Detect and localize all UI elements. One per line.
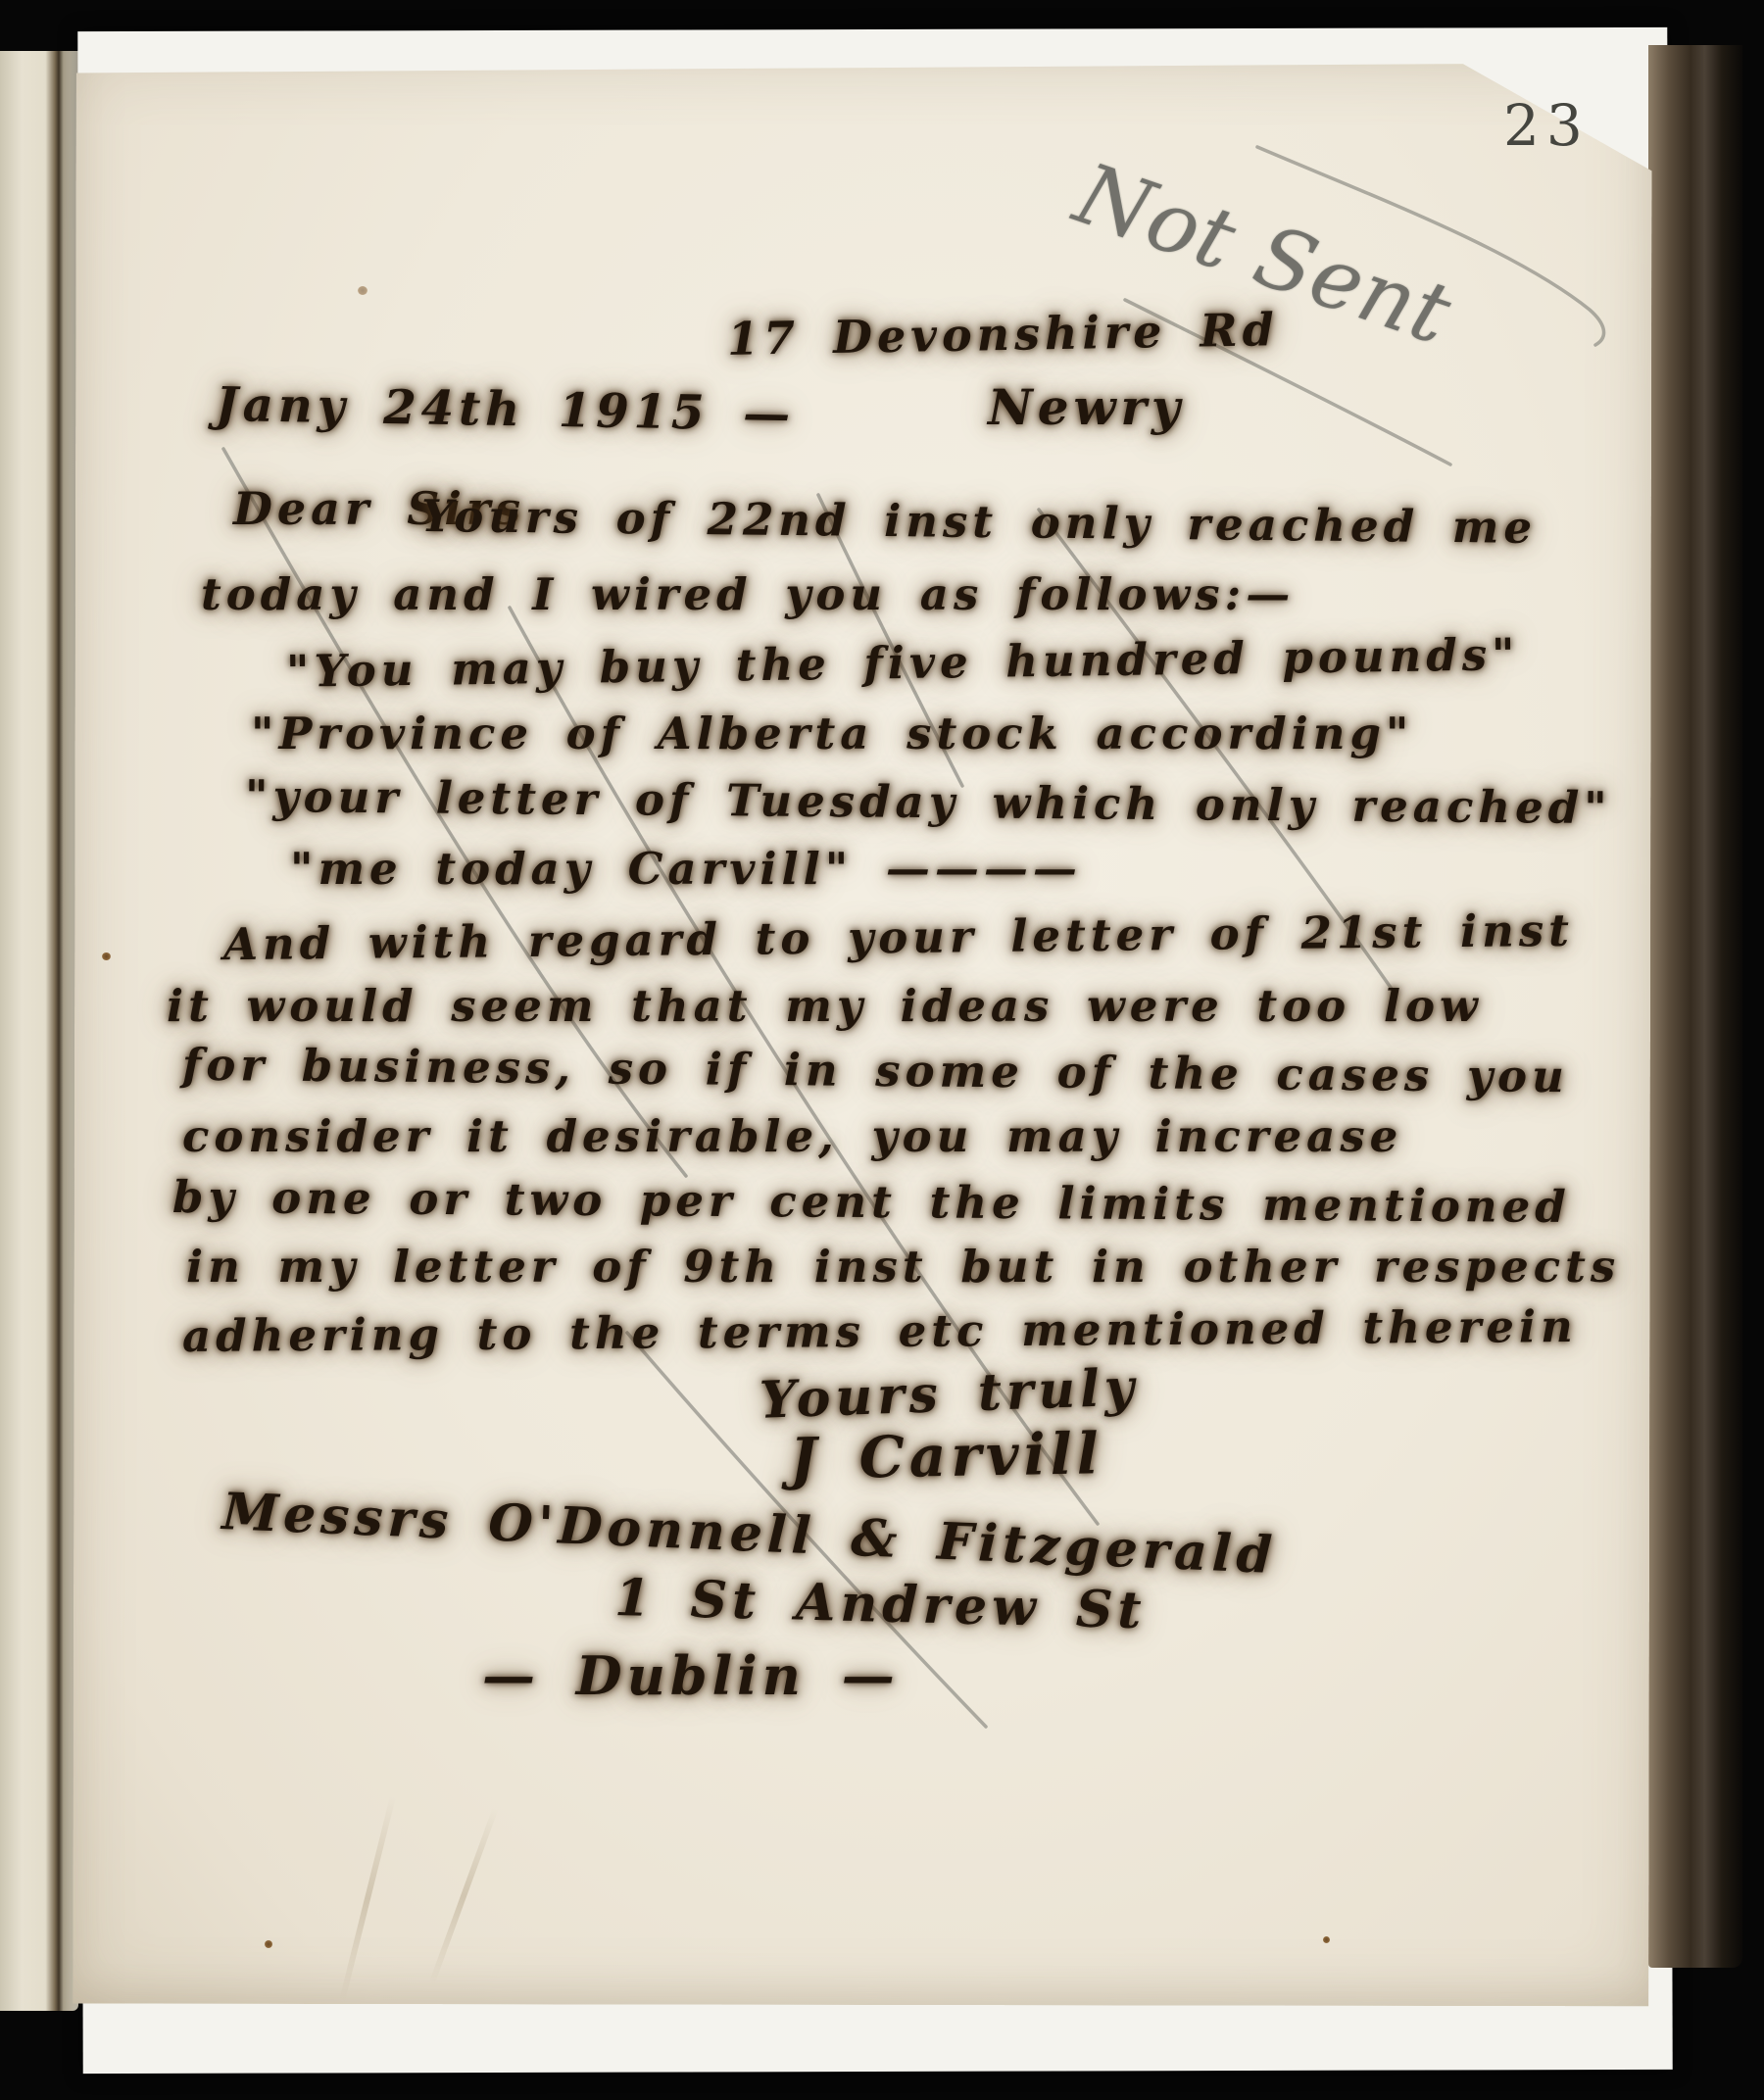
book-spine-page-edges: [0, 51, 78, 2011]
body-line-quoted-telegram: "me today Carvill" ————: [290, 843, 1082, 895]
paper-speck: [1323, 1936, 1330, 1943]
paper-speck: [102, 952, 111, 960]
body-line: in my letter of 9th inst but in other re…: [186, 1241, 1620, 1293]
body-line: it would seem that my ideas were too low: [167, 980, 1483, 1032]
paper-speck: [265, 1940, 272, 1948]
body-line: consider it desirable, you may increase: [182, 1110, 1402, 1162]
sender-address-line1: 17 Devonshire Rd: [727, 303, 1280, 366]
recipient-city: — Dublin —: [482, 1644, 900, 1707]
page-number: 23: [1503, 92, 1590, 159]
letter-date: Jany 24th 1915 —: [216, 377, 796, 442]
sender-address-line2: Newry: [988, 378, 1185, 436]
body-line: by one or two per cent the limits mentio…: [172, 1171, 1571, 1233]
paper-speck: [358, 286, 367, 295]
signature: J Carvill: [789, 1420, 1103, 1492]
photographed-letterbook-page: 23 Not Sent 17 Devonshire Rd Newry Jany …: [0, 0, 1764, 2100]
right-page-stack-edge: [1648, 45, 1742, 1968]
body-line: today and I wired you as follows:—: [201, 568, 1295, 620]
body-line-quoted-telegram: "Province of Alberta stock according": [251, 708, 1413, 759]
body-line: adhering to the terms etc mentioned ther…: [182, 1300, 1578, 1362]
